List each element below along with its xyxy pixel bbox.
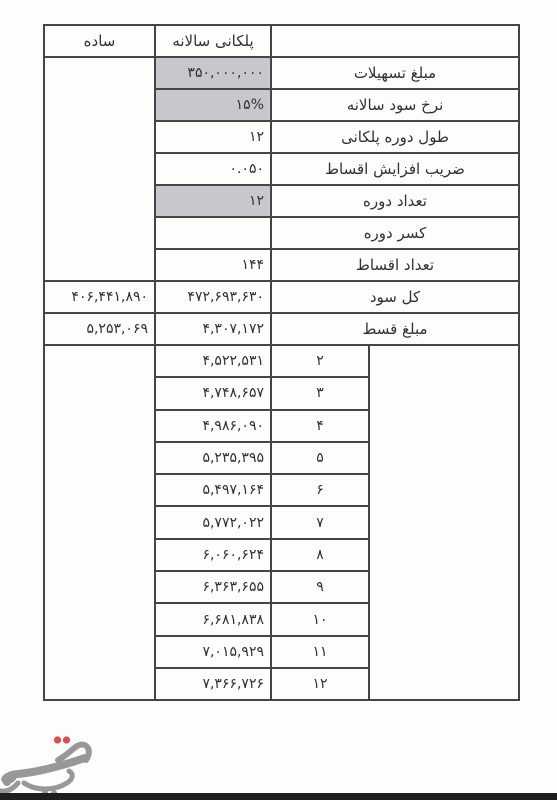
result-simple-value: ۴۰۶,۴۴۱,۸۹۰: [44, 281, 155, 313]
header-stepped-annual: پلکانی سالانه: [155, 25, 271, 57]
result-stepped-value: ۴۷۲,۶۹۳,۶۳۰: [155, 281, 271, 313]
schedule-installment-amount: ۵,۴۹۷,۱۶۴: [155, 474, 271, 506]
param-stepped-value: ۱۲: [155, 185, 271, 217]
schedule-period-number: ۲: [271, 345, 369, 377]
param-label: طول دوره پلکانی: [271, 121, 519, 153]
param-stepped-value: ۱۵%: [155, 89, 271, 121]
header-simple: ساده: [44, 25, 155, 57]
param-row: مبلغ تسهیلات۳۵۰,۰۰۰,۰۰۰: [44, 57, 519, 89]
result-row: مبلغ قسط۴,۳۰۷,۱۷۲۵,۲۵۳,۰۶۹: [44, 313, 519, 345]
schedule-installment-amount: ۷,۳۶۶,۷۲۶: [155, 668, 271, 700]
result-row: کل سود۴۷۲,۶۹۳,۶۳۰۴۰۶,۴۴۱,۸۹۰: [44, 281, 519, 313]
installment-schedule-table: ۲۴,۵۲۲,۵۳۱۳۴,۷۴۸,۶۵۷۴۴,۹۸۶,۰۹۰۵۵,۲۳۵,۳۹۵…: [43, 344, 520, 701]
param-stepped-value: ۱۲: [155, 121, 271, 153]
simple-column-merged-empty-cell: [44, 57, 155, 281]
schedule-period-number: ۳: [271, 377, 369, 409]
result-label: مبلغ قسط: [271, 313, 519, 345]
header-row: پلکانی سالانه ساده: [44, 25, 519, 57]
loan-table: پلکانی سالانه ساده مبلغ تسهیلات۳۵۰,۰۰۰,۰…: [45, 24, 520, 701]
schedule-installment-amount: ۵,۷۷۲,۰۲۲: [155, 506, 271, 538]
param-label: نرخ سود سالانه: [271, 89, 519, 121]
tasnim-logo-red-dots: [54, 736, 70, 743]
result-simple-value: ۵,۲۵۳,۰۶۹: [44, 313, 155, 345]
schedule-period-number: ۹: [271, 571, 369, 603]
param-label: کسر دوره: [271, 217, 519, 249]
schedule-period-number: ۴: [271, 410, 369, 442]
bottom-dark-bar: [0, 793, 557, 800]
schedule-installment-amount: ۴,۹۸۶,۰۹۰: [155, 410, 271, 442]
param-stepped-value: ۳۵۰,۰۰۰,۰۰۰: [155, 57, 271, 89]
schedule-installment-amount: ۶,۶۸۱,۸۳۸: [155, 603, 271, 635]
loan-parameters-table: پلکانی سالانه ساده مبلغ تسهیلات۳۵۰,۰۰۰,۰…: [43, 24, 520, 346]
schedule-period-number: ۱۱: [271, 636, 369, 668]
schedule-installment-amount: ۶,۰۶۰,۶۲۴: [155, 539, 271, 571]
result-stepped-value: ۴,۳۰۷,۱۷۲: [155, 313, 271, 345]
schedule-period-number: ۱۲: [271, 668, 369, 700]
simple-column-merged-empty-cell-lower: [44, 345, 155, 700]
param-stepped-value: [155, 217, 271, 249]
param-label: تعداد دوره: [271, 185, 519, 217]
header-label-empty-cell: [271, 25, 519, 57]
schedule-installment-amount: ۴,۵۲۲,۵۳۱: [155, 345, 271, 377]
schedule-period-number: ۵: [271, 442, 369, 474]
schedule-installment-amount: ۷,۰۱۵,۹۲۹: [155, 636, 271, 668]
param-label: ضریب افزایش اقساط: [271, 153, 519, 185]
schedule-installment-amount: ۶,۳۶۳,۶۵۵: [155, 571, 271, 603]
result-label: کل سود: [271, 281, 519, 313]
schedule-installment-amount: ۴,۷۴۸,۶۵۷: [155, 377, 271, 409]
schedule-period-number: ۶: [271, 474, 369, 506]
schedule-installment-amount: ۵,۲۳۵,۳۹۵: [155, 442, 271, 474]
schedule-row: ۲۴,۵۲۲,۵۳۱: [44, 345, 519, 377]
schedule-period-number: ۸: [271, 539, 369, 571]
schedule-period-number: ۷: [271, 506, 369, 538]
tasnim-news-logo-watermark: [0, 733, 108, 795]
scanned-loan-table-page: پلکانی سالانه ساده مبلغ تسهیلات۳۵۰,۰۰۰,۰…: [0, 0, 557, 800]
param-label: مبلغ تسهیلات: [271, 57, 519, 89]
param-label: تعداد اقساط: [271, 249, 519, 281]
schedule-period-number: ۱۰: [271, 603, 369, 635]
param-stepped-value: ۰.۰۵۰: [155, 153, 271, 185]
param-stepped-value: ۱۴۴: [155, 249, 271, 281]
label-column-merged-empty-cell: [369, 345, 519, 700]
